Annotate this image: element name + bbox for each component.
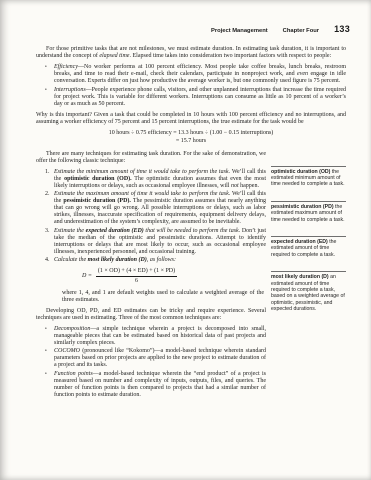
margin-note-term: optimistic duration (OD): [271, 169, 332, 175]
estimating-technique-item-text: Function points—a model-based technique …: [54, 371, 266, 399]
main-text-column: There are many techniques for estimating…: [36, 151, 266, 403]
most-likely-duration-formula: D = (1 × OD) + (4 × ED) + (1 × PD) 6: [82, 268, 266, 285]
developing-estimates-paragraph: Developing OD, PD, and ED estimates can …: [36, 308, 266, 322]
duration-step-item-text: Calculate the most likely duration (D), …: [54, 257, 266, 264]
page-number: 133: [334, 26, 350, 33]
margin-definitions-column: optimistic duration (OD) the estimated m…: [271, 151, 346, 403]
margin-note-term: pessimistic duration (PD): [271, 204, 335, 210]
estimating-technique-item-text: COCOMO (pronounced like “Kokomo”)—a mode…: [54, 348, 266, 369]
why-important-paragraph: Why is this important? Given a task that…: [36, 112, 346, 126]
bullet-marker: •: [45, 326, 54, 347]
number-marker: 1.: [45, 169, 54, 190]
duration-step-item-text: Estimate the minimum amount of time it w…: [54, 169, 266, 190]
estimating-technique-item: •COCOMO (pronounced like “Kokomo”)—a mod…: [45, 348, 266, 369]
duration-step-item: 2.Estimate the maximum amount of time it…: [45, 191, 266, 226]
duration-step-item-text: Estimate the expected duration (ED) that…: [54, 228, 266, 256]
content-with-margin-notes: There are many techniques for estimating…: [36, 151, 346, 403]
intro-paragraph: For those primitive tasks that are not m…: [36, 46, 346, 60]
formula-denominator: 6: [135, 277, 138, 285]
bullet-marker: •: [45, 87, 54, 108]
people-factors-list: •Efficiency—No worker performs at 100 pe…: [36, 64, 346, 108]
formula-lhs: D =: [82, 273, 92, 280]
margin-note-definition: an estimated amount of time required to …: [271, 274, 345, 312]
number-marker: 3.: [45, 228, 54, 256]
bullet-marker: •: [45, 348, 54, 369]
running-head: Project Management Chapter Four 133: [36, 26, 350, 35]
people-factor-item: •Interruptions—People experience phone c…: [45, 87, 346, 108]
techniques-intro-paragraph: There are many techniques for estimating…: [36, 151, 266, 165]
running-head-book-title: Project Management: [211, 28, 268, 35]
duration-step-item: 3.Estimate the expected duration (ED) th…: [45, 228, 266, 256]
equation-line-1: 10 hours ÷ 0.75 efficiency = 13.3 hours …: [36, 130, 346, 137]
textbook-page: Project Management Chapter Four 133 For …: [0, 0, 371, 480]
duration-step-item-text: Estimate the maximum amount of time it w…: [54, 191, 266, 226]
margin-definition-note: optimistic duration (OD) the estimated m…: [271, 166, 346, 188]
margin-note-term: expected duration (ED): [271, 239, 329, 245]
formula-where-paragraph: where 1, 4, and 1 are default weights us…: [62, 290, 264, 304]
margin-definition-note: pessimistic duration (PD) the estimated …: [271, 201, 346, 223]
bullet-marker: •: [45, 64, 54, 85]
estimating-techniques-list: •Decomposition—a simple technique wherei…: [36, 326, 266, 399]
people-factor-item-text: Interruptions—People experience phone ca…: [54, 87, 346, 108]
elapsed-time-equation: 10 hours ÷ 0.75 efficiency = 13.3 hours …: [36, 130, 346, 145]
margin-note-term: most likely duration (D): [271, 274, 330, 280]
bullet-marker: •: [45, 371, 54, 399]
margin-definition-note: most likely duration (D) an estimated am…: [271, 271, 346, 312]
people-factor-item-text: Efficiency—No worker performs at 100 per…: [54, 64, 346, 85]
running-head-chapter: Chapter Four: [283, 28, 319, 35]
margin-definition-note: expected duration (ED) the estimated amo…: [271, 236, 346, 258]
estimating-technique-item: •Decomposition—a simple technique wherei…: [45, 326, 266, 347]
number-marker: 4.: [45, 257, 54, 264]
duration-step-item: 1.Estimate the minimum amount of time it…: [45, 169, 266, 190]
number-marker: 2.: [45, 191, 54, 226]
estimating-technique-item: •Function points—a model-based technique…: [45, 371, 266, 399]
duration-steps-list: 1.Estimate the minimum amount of time it…: [36, 169, 266, 265]
people-factor-item: •Efficiency—No worker performs at 100 pe…: [45, 64, 346, 85]
equation-line-2: = 15.7 hours: [36, 138, 346, 145]
estimating-technique-item-text: Decomposition—a simple technique wherein…: [54, 326, 266, 347]
formula-numerator: (1 × OD) + (4 × ED) + (1 × PD): [96, 268, 177, 277]
formula-fraction: (1 × OD) + (4 × ED) + (1 × PD) 6: [96, 268, 177, 285]
duration-step-item: 4.Calculate the most likely duration (D)…: [45, 257, 266, 264]
